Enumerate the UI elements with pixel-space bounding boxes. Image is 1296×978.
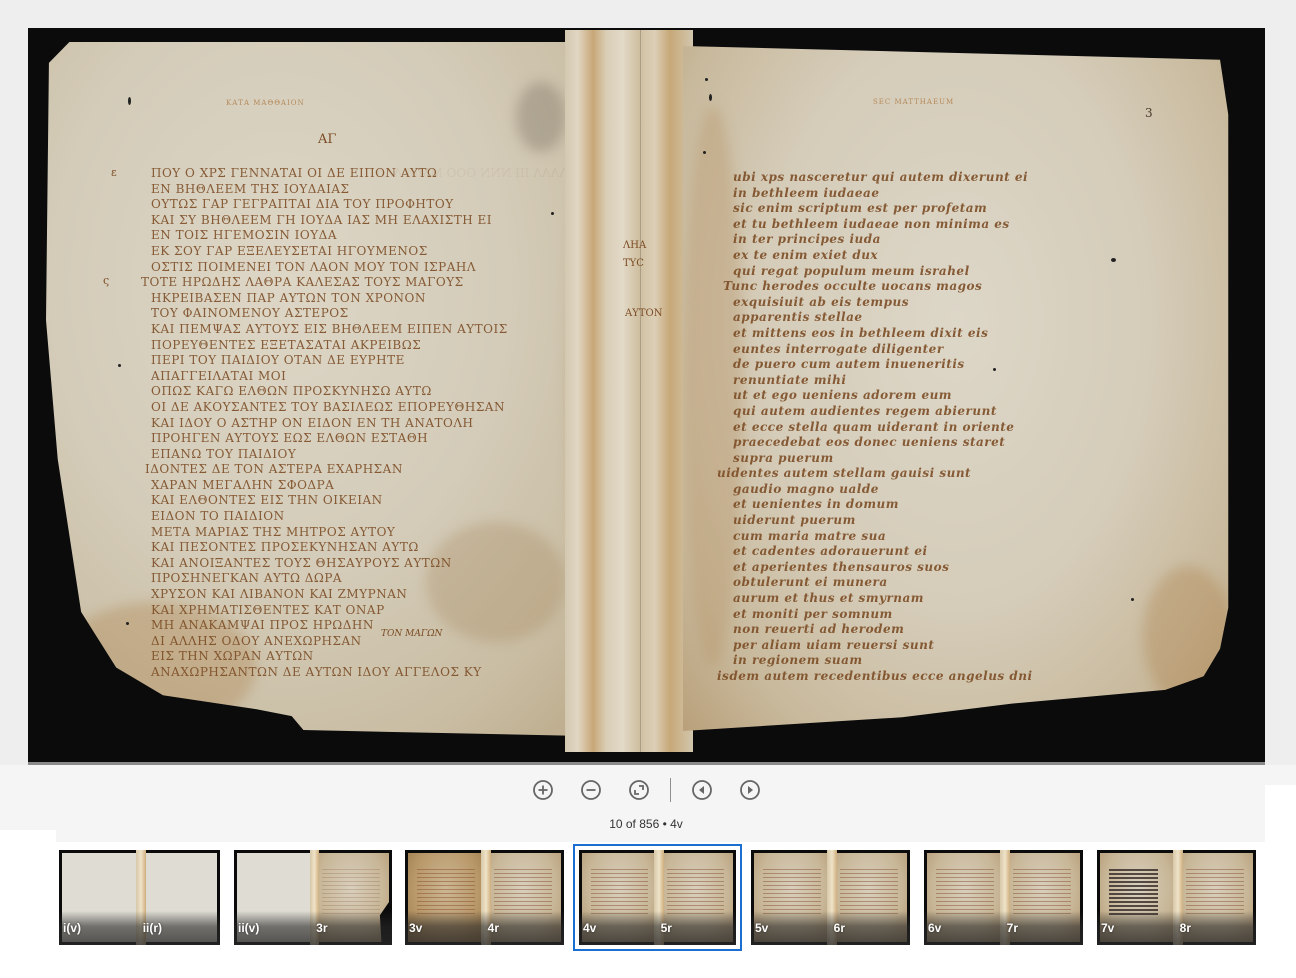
zoom-in-button[interactable] (530, 777, 556, 803)
running-head-right: SEC MATTHAEUM (873, 98, 954, 106)
previous-page-button[interactable] (689, 777, 715, 803)
thumbnail-label-right: 4r (488, 921, 499, 935)
latin-text-column: ubi xps nasceretur qui autem dixerunt ei… (733, 170, 1033, 685)
toolbar-divider (670, 778, 671, 802)
thumbnail-7v-8r[interactable]: 7v 8r (1097, 850, 1256, 945)
thumbnail-label-right: 7r (1007, 921, 1018, 935)
thumbnail-label-left: ii(v) (238, 921, 259, 935)
margin-mark-2: ς (103, 274, 109, 287)
reset-zoom-icon (628, 779, 650, 801)
next-page-button[interactable] (737, 777, 763, 803)
thumb-strip-top (56, 830, 1265, 842)
thumbnail-label-right: 6r (834, 921, 845, 935)
thumbnail-label-left: i(v) (63, 921, 81, 935)
left-page-verso: ΚΑΤΑ ΜΑΘΘΑΙΟΝ ΑΓ ε ς ΛΛΛΛ ΙΙΙ ΝΝΝ ΟΟΟ ΜΜ… (46, 42, 631, 737)
thumbnail-iiv-3r[interactable]: ii(v) 3r (234, 850, 392, 945)
binding-gutter: ΛΗΑ ΤΥС ΑΥΤΟΝ (565, 30, 693, 752)
viewer-toolbar (530, 776, 763, 804)
thumbnail-label-right: 5r (661, 921, 672, 935)
page-status: 10 of 856 • 4v (0, 817, 1292, 831)
zoom-in-icon (532, 779, 554, 801)
manuscript-viewer: ΚΑΤΑ ΜΑΘΘΑΙΟΝ ΑΓ ε ς ΛΛΛΛ ΙΙΙ ΝΝΝ ΟΟΟ ΜΜ… (0, 0, 1296, 978)
thumbnail-3v-4r[interactable]: 3v 4r (405, 850, 564, 945)
thumbnail-label-right: 3r (316, 921, 327, 935)
zoom-out-button[interactable] (578, 777, 604, 803)
thumbnail-label-left: 3v (409, 921, 422, 935)
folio-number: 3 (1145, 106, 1153, 120)
greek-text-column: ΠΟΥ Ο ΧΡΣ ΓΕΝΝΑΤΑΙ ΟΙ ΔΕ ΕΙΠΟΝ ΑΥΤΩ ΕΝ Β… (151, 166, 508, 681)
margin-mark-1: ε (111, 166, 117, 179)
thumbnail-label-right: 8r (1180, 921, 1191, 935)
zoom-out-icon (580, 779, 602, 801)
thumbnail-iv-iir[interactable]: i(v) ii(r) (59, 850, 220, 945)
thumbnail-label-left: 4v (583, 921, 596, 935)
thumbnail-5v-6r[interactable]: 5v 6r (751, 850, 910, 945)
pencil-foliation: a7 (1001, 708, 1017, 723)
thumbnail-6v-7r[interactable]: 6v 7r (924, 850, 1083, 945)
reset-zoom-button[interactable] (626, 777, 652, 803)
thumbnail-label-left: 6v (928, 921, 941, 935)
thumbnail-label-right: ii(r) (143, 921, 162, 935)
marginal-note: ΤΟΝ ΜΑΓΩΝ (381, 629, 442, 639)
thumbnail-4v-5r-selected[interactable]: 4v 5r (579, 850, 736, 945)
main-image-canvas[interactable]: ΚΑΤΑ ΜΑΘΘΑΙΟΝ ΑΓ ε ς ΛΛΛΛ ΙΙΙ ΝΝΝ ΟΟΟ ΜΜ… (28, 28, 1265, 765)
right-page-recto: SEC MATTHAEUM 3 ubi xps nasceretur qui a… (683, 46, 1231, 731)
next-icon (739, 779, 761, 801)
running-head-left: ΚΑΤΑ ΜΑΘΘΑΙΟΝ (226, 99, 305, 107)
previous-icon (691, 779, 713, 801)
section-mark: ΑΓ (318, 132, 336, 147)
thumbnail-label-left: 7v (1101, 921, 1114, 935)
thumbnail-label-left: 5v (755, 921, 768, 935)
thumbnail-strip[interactable]: i(v) ii(r) ii(v) 3r 3v 4r 4v 5r 5v 6r (0, 845, 1296, 978)
